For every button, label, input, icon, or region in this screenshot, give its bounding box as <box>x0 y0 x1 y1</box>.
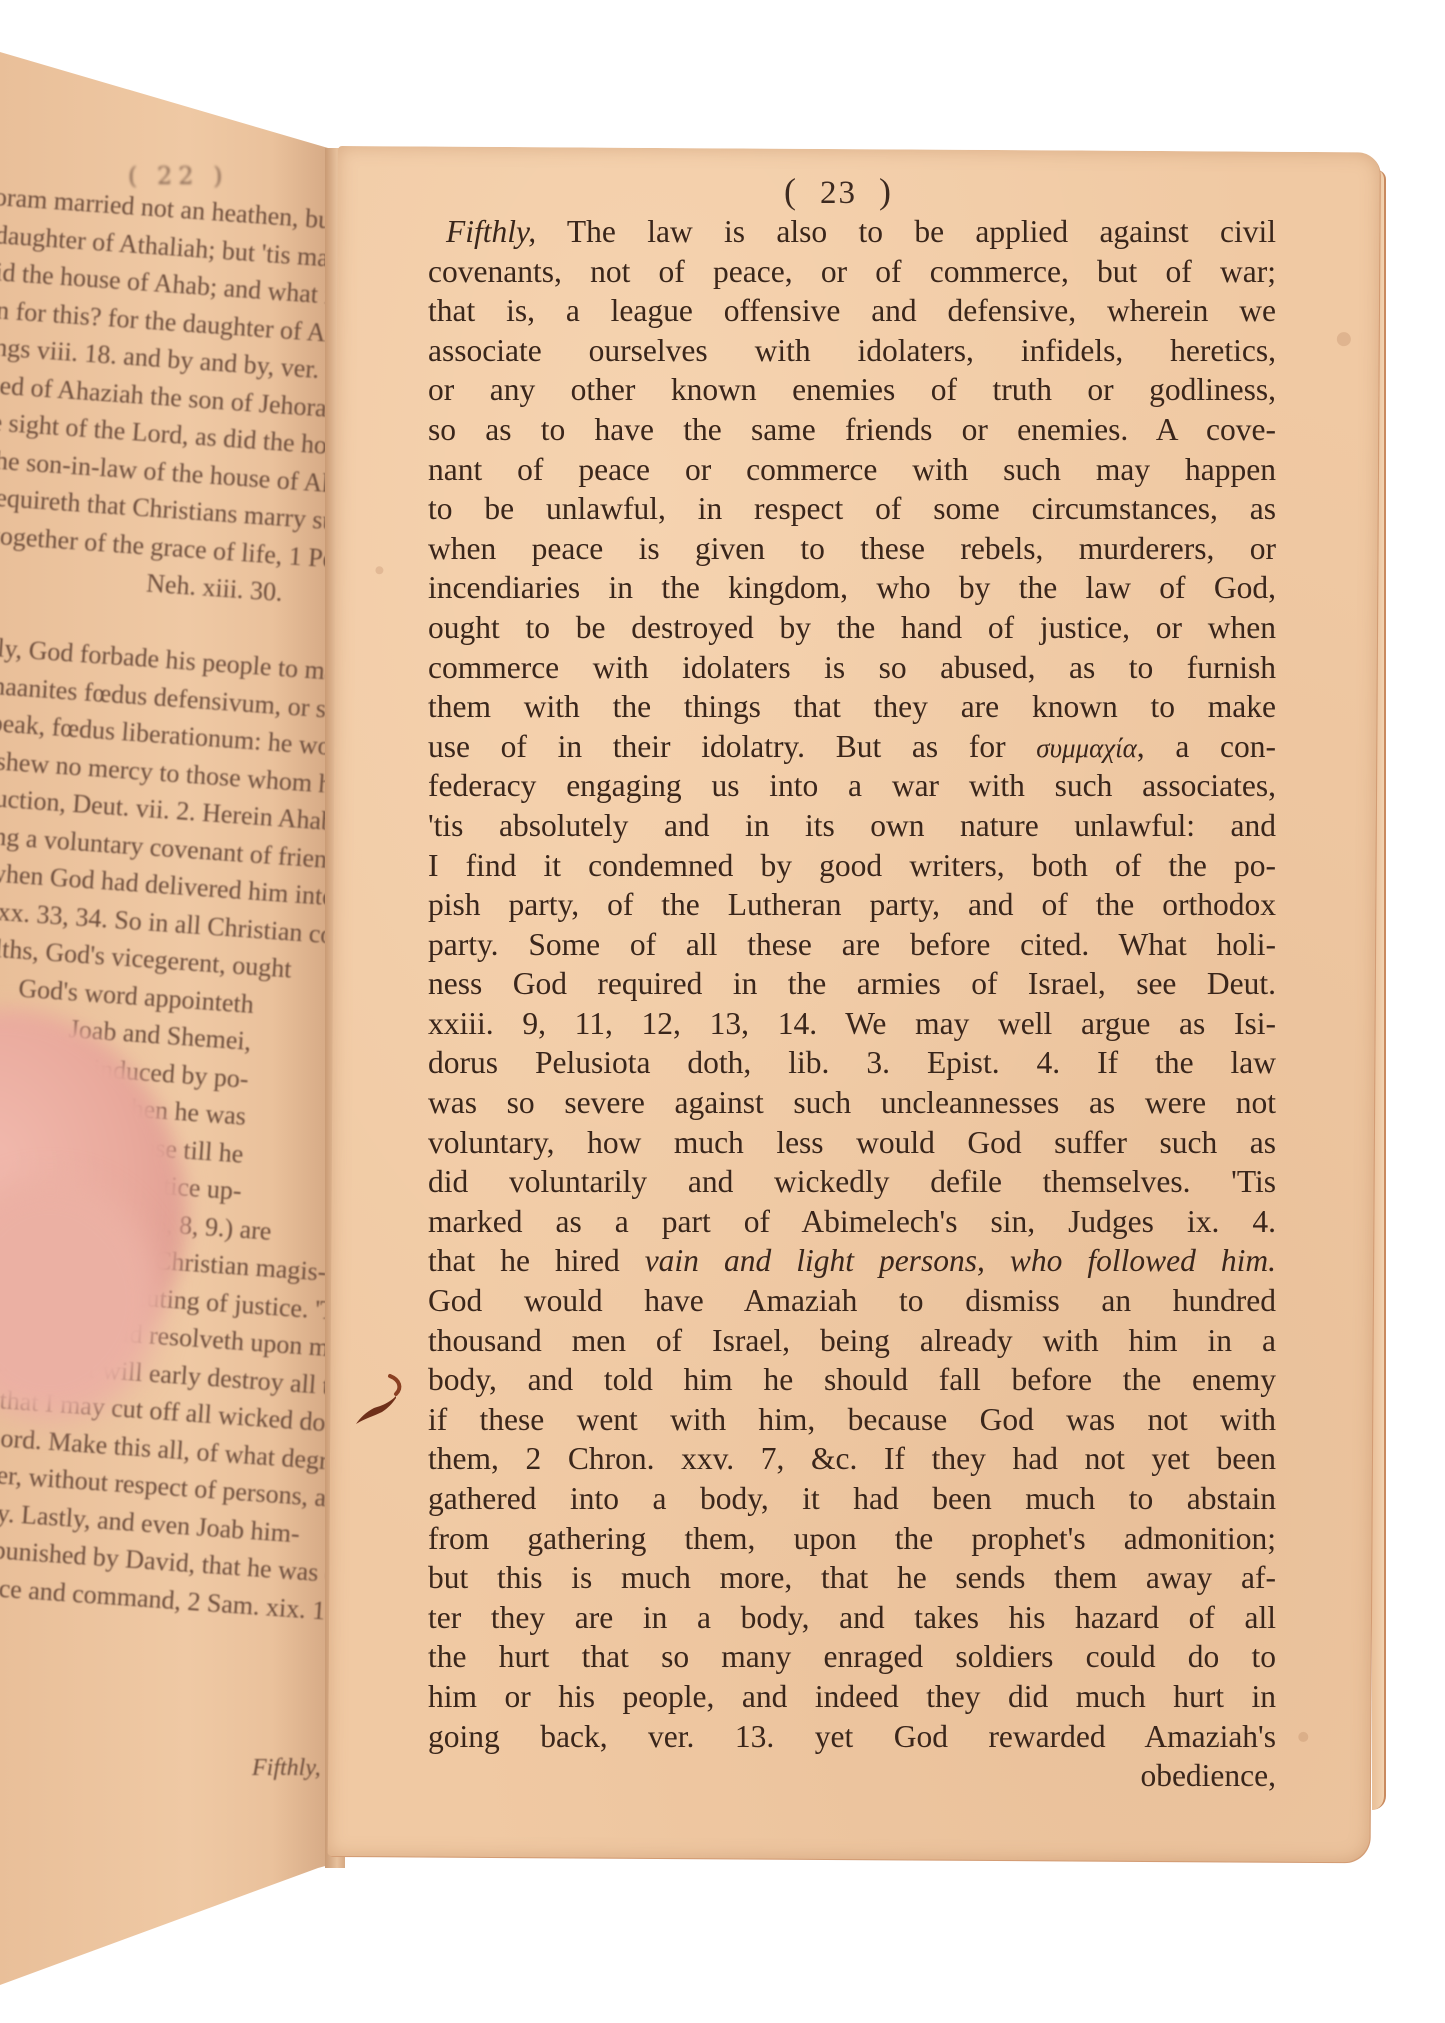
text-line: commerce with idolaters is so abused, as… <box>428 648 1276 688</box>
text-line: nant of peace or commerce with such may … <box>428 450 1276 490</box>
text-line: marked as a part of Abimelech's sin, Jud… <box>428 1202 1276 1242</box>
line-text: pish party, of the Lutheran party, and o… <box>428 887 1276 922</box>
line-text: xxiii. 9, 11, 12, 13, 14. We may well ar… <box>428 1006 1276 1041</box>
text-line: xxiii. 9, 11, 12, 13, 14. We may well ar… <box>428 1004 1276 1044</box>
line-text: use of in their idolatry. But as for <box>428 729 1036 764</box>
foxing-spot <box>1298 1732 1308 1742</box>
foxing-spot <box>375 566 383 574</box>
line-text: did voluntarily and wickedly defile them… <box>428 1164 1276 1199</box>
line-text: party. Some of all these are before cite… <box>428 927 1276 962</box>
right-page-number: (23) <box>762 170 915 212</box>
line-text: marked as a part of Abimelech's sin, Jud… <box>428 1204 1276 1239</box>
paren-open: ( <box>762 171 820 211</box>
text-line: that he hired vain and light persons, wh… <box>428 1241 1276 1281</box>
text-line: them, 2 Chron. xxv. 7, &c. If they had n… <box>428 1439 1276 1479</box>
text-line: God would have Amaziah to dismiss an hun… <box>428 1281 1276 1321</box>
line-text: from gathering them, upon the prophet's … <box>428 1521 1276 1556</box>
text-line: but this is much more, that he sends the… <box>428 1558 1276 1598</box>
line-text: them, 2 Chron. xxv. 7, &c. If they had n… <box>428 1441 1276 1476</box>
text-line: him or his people, and indeed they did m… <box>428 1677 1276 1717</box>
text-line: thousand men of Israel, being already wi… <box>428 1321 1276 1361</box>
text-line: covenants, not of peace, or of commerce,… <box>428 252 1276 292</box>
line-text: when peace is given to these rebels, mur… <box>428 531 1276 566</box>
italic-lead: Fifthly, <box>446 214 536 249</box>
line-text: body, and told him he should fall before… <box>428 1362 1276 1397</box>
text-line: did voluntarily and wickedly defile them… <box>428 1162 1276 1202</box>
text-line: so as to have the same friends or enemie… <box>428 410 1276 450</box>
line-text: nant of peace or commerce with such may … <box>428 452 1276 487</box>
text-line: to be unlawful, in respect of some circu… <box>428 489 1276 529</box>
line-text: thousand men of Israel, being already wi… <box>428 1323 1276 1358</box>
text-line: gathered into a body, it had been much t… <box>428 1479 1276 1519</box>
text-line: was so severe against such uncleannesses… <box>428 1083 1276 1123</box>
greek-word: συμμαχία <box>1036 733 1137 763</box>
line-text: that he hired <box>428 1243 645 1278</box>
text-line: ness God required in the armies of Israe… <box>428 964 1276 1004</box>
line-text: if these went with him, because God was … <box>428 1402 1276 1437</box>
text-line: dorus Pelusiota doth, lib. 3. Epist. 4. … <box>428 1043 1276 1083</box>
text-line: the hurt that so many enraged soldiers c… <box>428 1637 1276 1677</box>
text-line: 'tis absolutely and in its own nature un… <box>428 806 1276 846</box>
italic-quote: vain and light persons, who followed him… <box>645 1243 1276 1278</box>
text-line: body, and told him he should fall before… <box>428 1360 1276 1400</box>
text-line: voluntary, how much less would God suffe… <box>428 1123 1276 1163</box>
line-text: dorus Pelusiota doth, lib. 3. Epist. 4. … <box>428 1045 1276 1080</box>
line-text: but this is much more, that he sends the… <box>428 1560 1276 1595</box>
text-line: ought to be destroyed by the hand of jus… <box>428 608 1276 648</box>
page-number-value: 23 <box>820 175 857 211</box>
catchword: obedience, <box>428 1756 1276 1796</box>
left-page: ( 22 ) Jehoram married not an heathen, b… <box>0 0 340 2023</box>
line-text: , a con- <box>1137 729 1276 764</box>
line-text: voluntary, how much less would God suffe… <box>428 1125 1276 1160</box>
line-text: commerce with idolaters is so abused, as… <box>428 650 1276 685</box>
line-text: covenants, not of peace, or of commerce,… <box>428 254 1276 289</box>
foxing-spot <box>1337 332 1351 346</box>
text-line: pish party, of the Lutheran party, and o… <box>428 885 1276 925</box>
line-text: the hurt that so many enraged soldiers c… <box>428 1639 1276 1674</box>
text-line: when peace is given to these rebels, mur… <box>428 529 1276 569</box>
text-line: use of in their idolatry. But as for συμ… <box>428 727 1276 767</box>
text-line: federacy engaging us into a war with suc… <box>428 766 1276 806</box>
marginal-pointer-mark-icon <box>352 1372 422 1432</box>
line-text: gathered into a body, it had been much t… <box>428 1481 1276 1516</box>
line-text: 'tis absolutely and in its own nature un… <box>428 808 1276 843</box>
line-text: or any other known enemies of truth or g… <box>428 372 1276 407</box>
line-text: him or his people, and indeed they did m… <box>428 1679 1276 1714</box>
line-text: was so severe against such uncleannesses… <box>428 1085 1276 1120</box>
line-text: going back, ver. 13. yet God rewarded Am… <box>428 1719 1276 1754</box>
left-page-number: ( 22 ) <box>128 162 229 190</box>
left-page-catchword: Fifthly, <box>252 1755 321 1782</box>
line-text: to be unlawful, in respect of some circu… <box>428 491 1276 526</box>
line-text: ought to be destroyed by the hand of jus… <box>428 610 1276 645</box>
line-text: that is, a league offensive and defensiv… <box>428 293 1276 328</box>
line-text: God would have Amaziah to dismiss an hun… <box>428 1283 1276 1318</box>
line-text: ness God required in the armies of Israe… <box>428 966 1276 1001</box>
text-line: going back, ver. 13. yet God rewarded Am… <box>428 1717 1276 1757</box>
line-text: so as to have the same friends or enemie… <box>428 412 1276 447</box>
text-line: from gathering them, upon the prophet's … <box>428 1519 1276 1559</box>
text-line: party. Some of all these are before cite… <box>428 925 1276 965</box>
line-text: incendiaries in the kingdom, who by the … <box>428 570 1276 605</box>
text-line: Fifthly, The law is also to be applied a… <box>428 212 1276 252</box>
line-text: ter they are in a body, and takes his ha… <box>428 1600 1276 1635</box>
line-text: them with the things that they are known… <box>428 689 1276 724</box>
paren-close: ) <box>857 171 915 211</box>
text-line: if these went with him, because God was … <box>428 1400 1276 1440</box>
line-text: associate ourselves with idolaters, infi… <box>428 333 1276 368</box>
text-line: that is, a league offensive and defensiv… <box>428 291 1276 331</box>
text-line: I find it condemned by good writers, bot… <box>428 846 1276 886</box>
line-text: federacy engaging us into a war with suc… <box>428 768 1276 803</box>
text-line: incendiaries in the kingdom, who by the … <box>428 568 1276 608</box>
text-line: them with the things that they are known… <box>428 687 1276 727</box>
line-text: I find it condemned by good writers, bot… <box>428 848 1276 883</box>
text-line: ter they are in a body, and takes his ha… <box>428 1598 1276 1638</box>
text-line: or any other known enemies of truth or g… <box>428 370 1276 410</box>
right-page-text: Fifthly, The law is also to be applied a… <box>428 212 1276 1796</box>
text-line: associate ourselves with idolaters, infi… <box>428 331 1276 371</box>
line-text: The law is also to be applied against ci… <box>536 214 1276 249</box>
